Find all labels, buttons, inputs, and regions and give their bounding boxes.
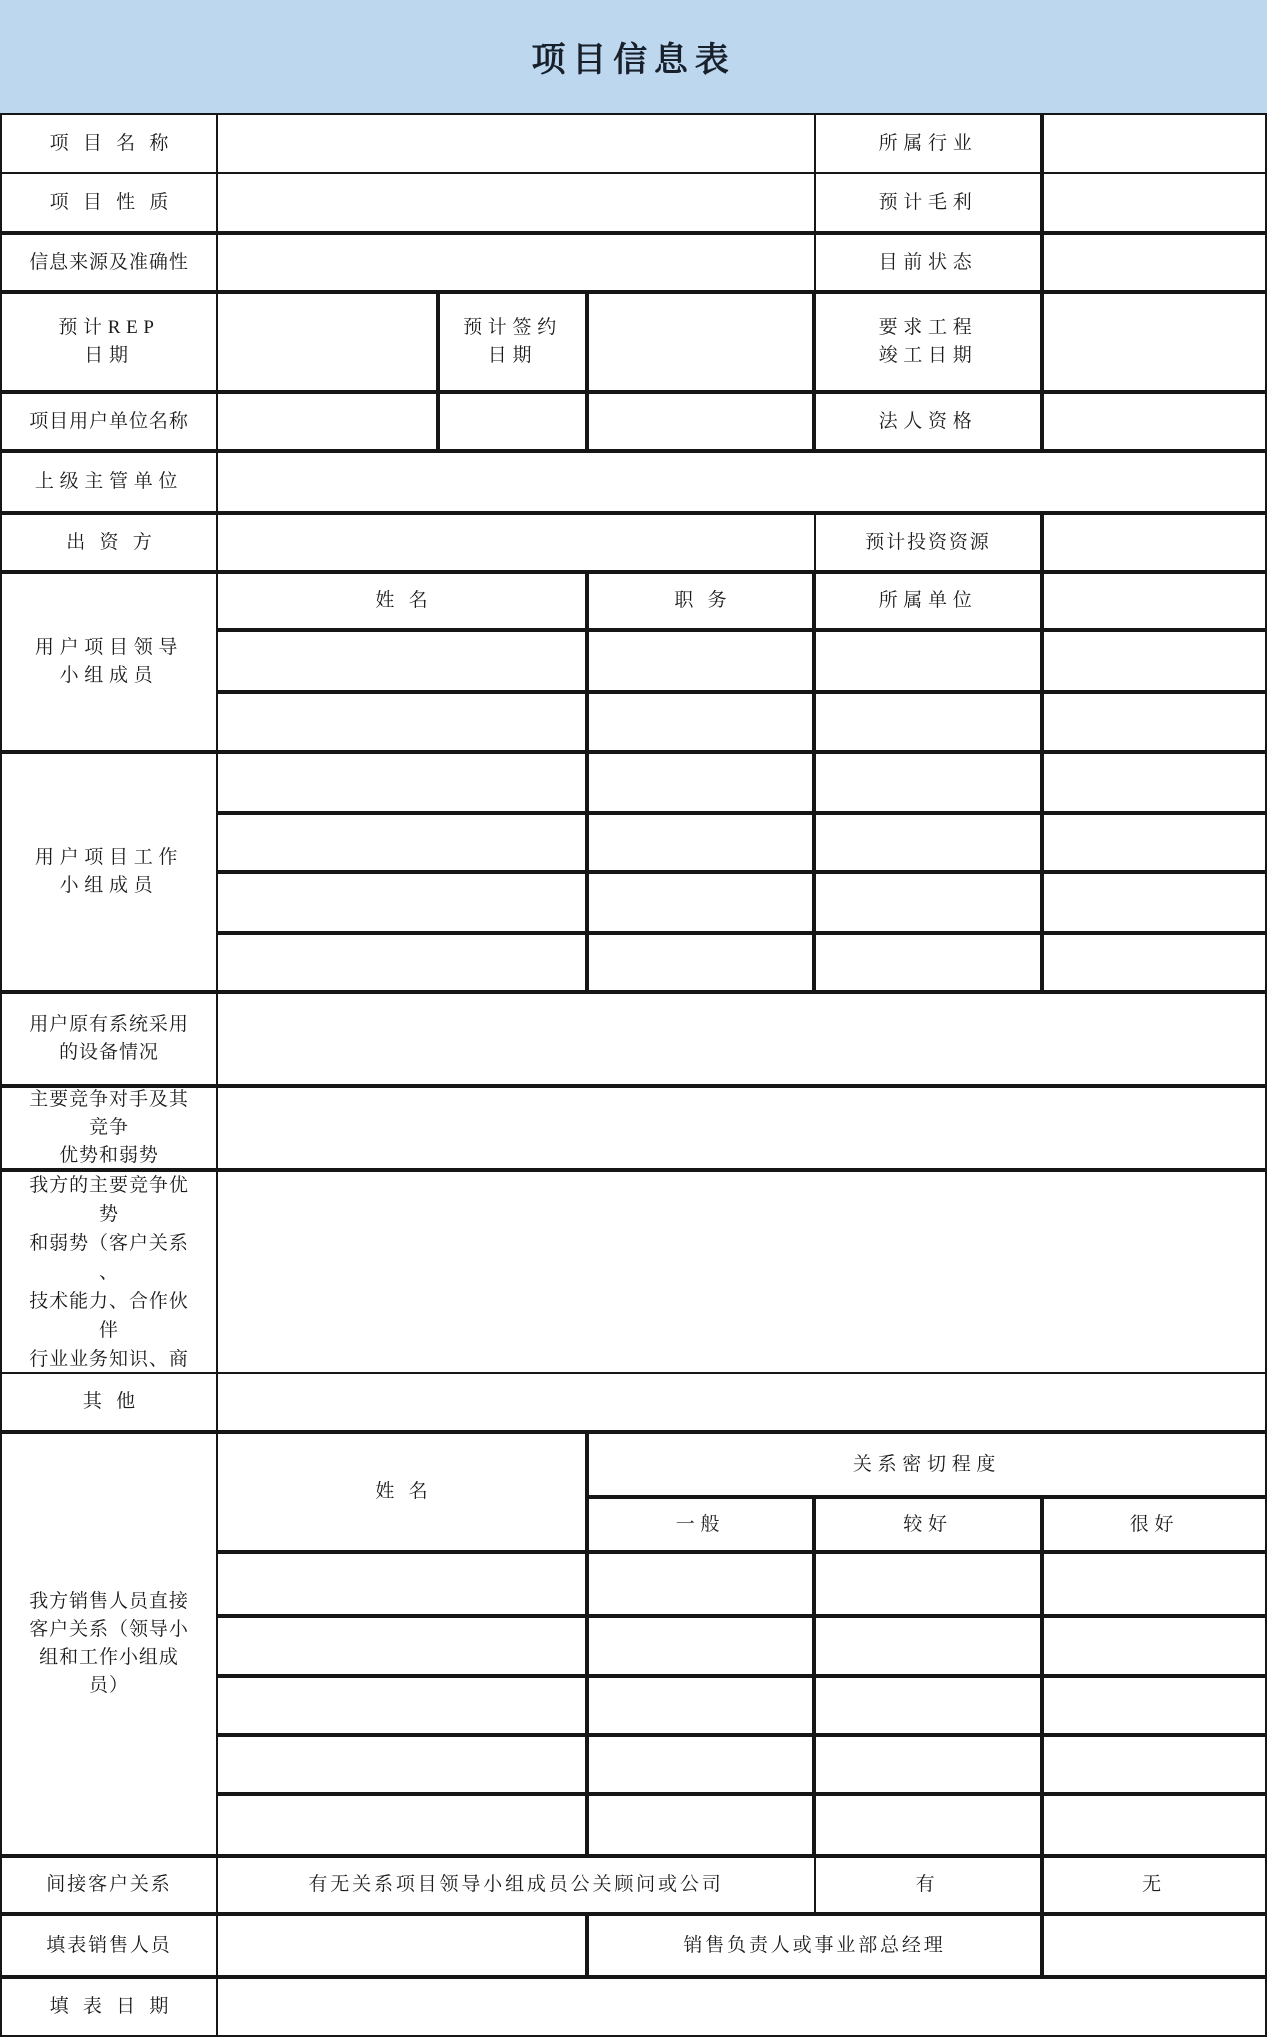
direct-row-4-best-cell[interactable] [1044,1737,1265,1792]
direct-relation-label: 我方销售人员直接 客户关系（领导小 组和工作小组成 员） [2,1434,216,1854]
legal-status-input-cell[interactable] [1044,394,1265,449]
leader-row-2-name-cell[interactable] [218,694,585,750]
direct-row-4-general-cell[interactable] [589,1737,812,1792]
leader-row-2-extra-cell[interactable] [1044,694,1265,750]
direct-row-1-better-cell[interactable] [816,1554,1040,1614]
fill-date-input-cell[interactable] [218,1979,1265,2035]
investor-input-cell[interactable] [218,515,814,570]
project-nature-label: 项目性质 [2,174,216,231]
form-title: 项目信息表 [532,32,736,81]
project-name-input-cell[interactable] [218,115,814,172]
completion-date-input-cell[interactable] [1044,294,1265,390]
indirect-yes-cell[interactable]: 有 [816,1858,1040,1912]
existing-equipment-label: 用户原有系统采用 的设备情况 [2,994,216,1084]
gross-profit-input-cell[interactable] [1044,174,1265,231]
leader-row-1-unit-cell[interactable] [816,632,1040,690]
work-group-label: 用户项目工作 小组成员 [2,754,216,990]
work-row-3-position-cell[interactable] [589,874,812,931]
leader-row-2-position-cell[interactable] [589,694,812,750]
direct-row-4-better-cell[interactable] [816,1737,1040,1792]
member-name-header: 姓名 [218,574,585,628]
direct-row-4-name-cell[interactable] [218,1737,585,1792]
work-row-4-unit-cell[interactable] [816,935,1040,990]
work-row-2-name-cell[interactable] [218,815,585,870]
rep-date-input-cell[interactable] [218,294,436,390]
direct-row-2-best-cell[interactable] [1044,1618,1265,1674]
completion-date-label: 要求工程 竣工日期 [816,294,1040,390]
direct-row-5-best-cell[interactable] [1044,1796,1265,1854]
superior-unit-input-cell[interactable] [218,453,1265,511]
relation-name-header: 姓名 [218,1434,585,1550]
industry-label: 所属行业 [816,115,1040,172]
direct-row-3-general-cell[interactable] [589,1678,812,1733]
work-row-3-unit-cell[interactable] [816,874,1040,931]
rep-date-label: 预计REP 日期 [2,294,216,390]
user-unit-input-cell-2[interactable] [440,394,585,449]
investment-resource-label: 预计投资资源 [816,515,1040,570]
leader-row-2-unit-cell[interactable] [816,694,1040,750]
user-unit-input-cell-1[interactable] [218,394,436,449]
closeness-header: 关系密切程度 [589,1434,1265,1495]
member-unit-header: 所属单位 [816,574,1040,628]
closeness-level-better: 较好 [816,1499,1040,1550]
approver-input-cell[interactable] [1044,1916,1265,1975]
leader-row-1-name-cell[interactable] [218,632,585,690]
direct-row-1-best-cell[interactable] [1044,1554,1265,1614]
leader-group-label: 用户项目领导 小组成员 [2,574,216,750]
project-name-label: 项目名称 [2,115,216,172]
form-title-bar: 项目信息表 [0,0,1267,113]
sign-date-label: 预计签约 日期 [440,294,585,390]
work-row-4-name-cell[interactable] [218,935,585,990]
our-advantages-input-cell[interactable] [218,1172,1265,1372]
leader-row-1-position-cell[interactable] [589,632,812,690]
status-input-cell[interactable] [1044,235,1265,290]
work-row-3-name-cell[interactable] [218,874,585,931]
industry-input-cell[interactable] [1044,115,1265,172]
direct-row-2-name-cell[interactable] [218,1618,585,1674]
work-row-1-extra-cell[interactable] [1044,754,1265,811]
our-advantages-label: 我方的主要竞争优 势 和弱势（客户关系 、 技术能力、合作伙 伴 行业业务知识、… [2,1172,216,1372]
direct-row-3-better-cell[interactable] [816,1678,1040,1733]
member-position-header: 职务 [589,574,812,628]
leader-row-1-extra-cell[interactable] [1044,632,1265,690]
direct-row-1-name-cell[interactable] [218,1554,585,1614]
direct-row-3-best-cell[interactable] [1044,1678,1265,1733]
investor-label: 出资方 [2,515,216,570]
info-source-input-cell[interactable] [218,235,814,290]
work-row-4-extra-cell[interactable] [1044,935,1265,990]
work-row-3-extra-cell[interactable] [1044,874,1265,931]
form-filler-label: 填表销售人员 [2,1916,216,1975]
fill-date-label: 填表日期 [2,1979,216,2035]
closeness-level-best: 很好 [1044,1499,1265,1550]
direct-row-5-name-cell[interactable] [218,1796,585,1854]
sign-date-input-cell[interactable] [589,294,812,390]
other-label: 其他 [2,1374,216,1430]
form-filler-input-cell[interactable] [218,1916,585,1975]
competitors-input-cell[interactable] [218,1088,1265,1168]
gross-profit-label: 预计毛利 [816,174,1040,231]
work-row-2-position-cell[interactable] [589,815,812,870]
superior-unit-label: 上级主管单位 [2,453,216,511]
project-nature-input-cell[interactable] [218,174,814,231]
other-input-cell[interactable] [218,1374,1265,1430]
work-row-1-unit-cell[interactable] [816,754,1040,811]
direct-row-3-name-cell[interactable] [218,1678,585,1733]
user-unit-input-cell-3[interactable] [589,394,812,449]
member-header-extra-cell[interactable] [1044,574,1265,628]
user-unit-label: 项目用户单位名称 [2,394,216,449]
info-source-label: 信息来源及准确性 [2,235,216,290]
work-row-2-unit-cell[interactable] [816,815,1040,870]
direct-row-1-general-cell[interactable] [589,1554,812,1614]
work-row-1-position-cell[interactable] [589,754,812,811]
work-row-4-position-cell[interactable] [589,935,812,990]
direct-row-2-general-cell[interactable] [589,1618,812,1674]
legal-status-label: 法人资格 [816,394,1040,449]
indirect-no-cell[interactable]: 无 [1044,1858,1265,1912]
competitors-label: 主要竞争对手及其 竞争 优势和弱势 [2,1088,216,1168]
indirect-question-label: 有无关系项目领导小组成员公关顾问或公司 [218,1858,814,1912]
work-row-1-name-cell[interactable] [218,754,585,811]
status-label: 目前状态 [816,235,1040,290]
direct-row-5-better-cell[interactable] [816,1796,1040,1854]
approver-label: 销售负责人或事业部总经理 [589,1916,1040,1975]
direct-row-5-general-cell[interactable] [589,1796,812,1854]
work-row-2-extra-cell[interactable] [1044,815,1265,870]
project-info-form: 项目信息表 项目名称 所属行业 项目性质 预计毛利 信息来源及准确性 目前状态 … [0,0,1267,2037]
investment-resource-input-cell[interactable] [1044,515,1265,570]
indirect-relation-label: 间接客户关系 [2,1858,216,1912]
closeness-level-general: 一般 [589,1499,812,1550]
existing-equipment-input-cell[interactable] [218,994,1265,1084]
direct-row-2-better-cell[interactable] [816,1618,1040,1674]
